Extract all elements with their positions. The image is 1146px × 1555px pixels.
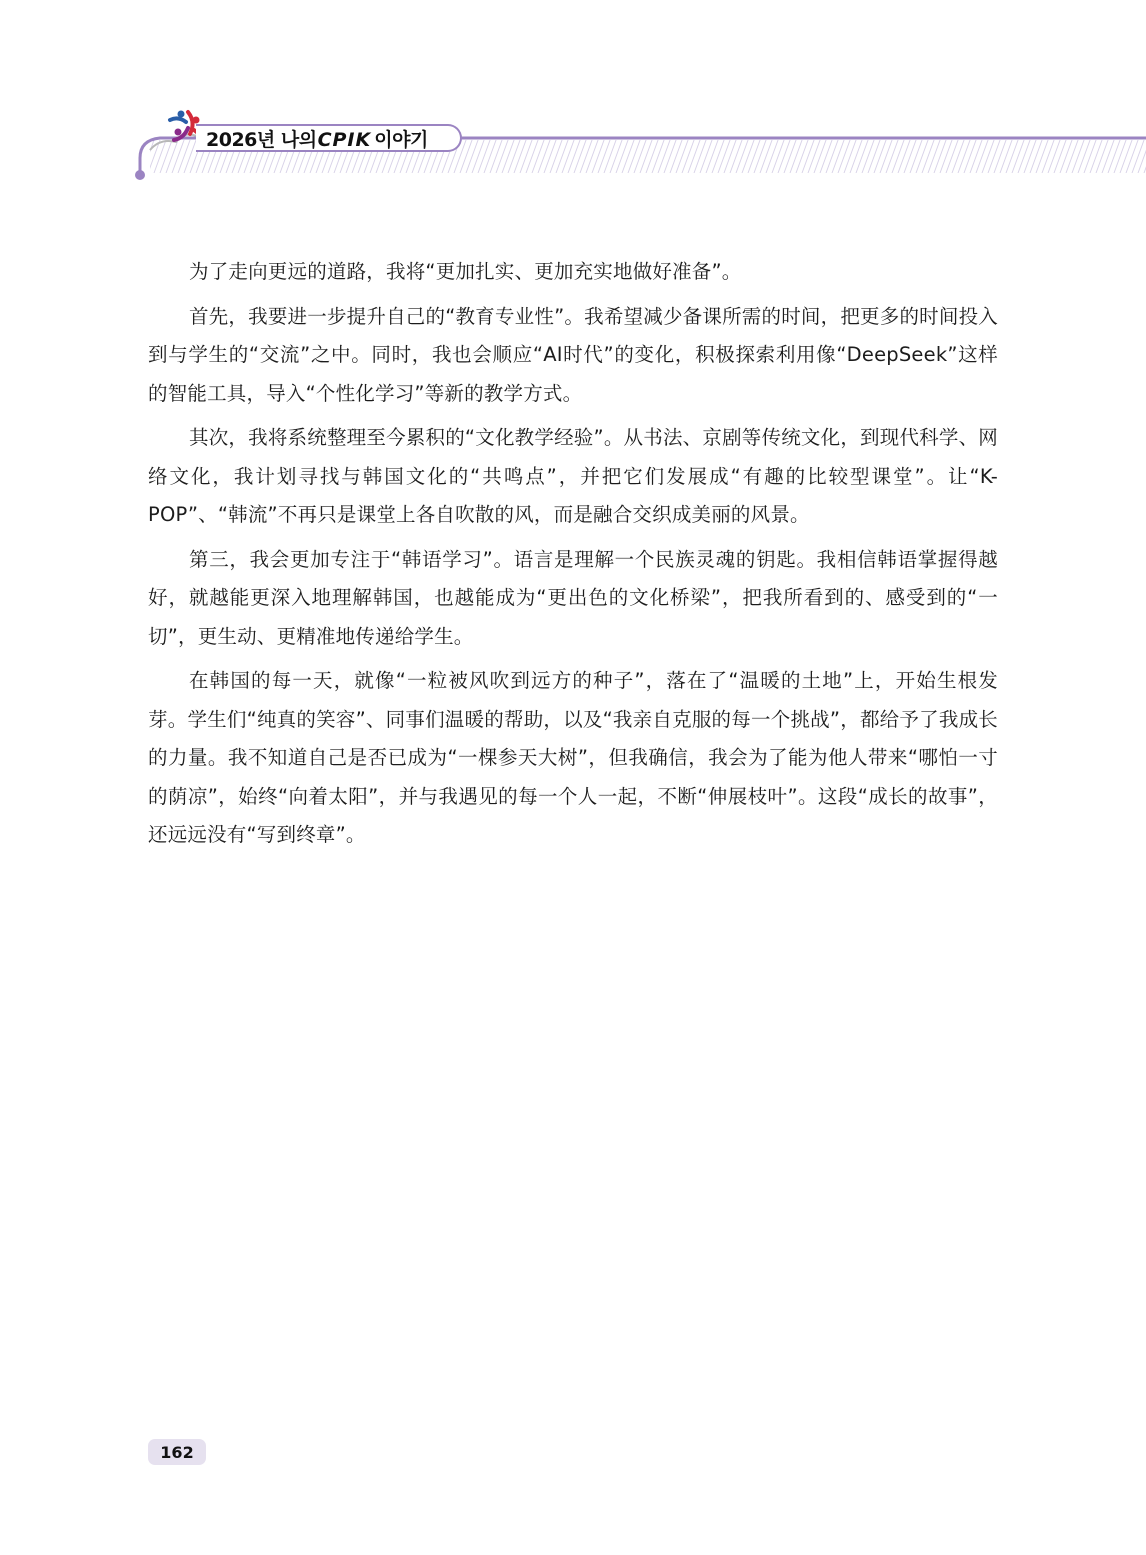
paragraph: 其次，我将系统整理至今累积的“文化教学经验”。从书法、京剧等传统文化，到现代科学… (148, 419, 998, 535)
body-text: 为了走向更远的道路，我将“更加扎实、更加充实地做好准备”。 首先，我要进一步提升… (148, 253, 998, 861)
paragraph: 首先，我要进一步提升自己的“教育专业性”。我希望减少备课所需的时间，把更多的时间… (148, 298, 998, 414)
paragraph: 为了走向更远的道路，我将“更加扎实、更加充实地做好准备”。 (148, 253, 998, 292)
page-header: 2026년 나의CPIK이야기 (0, 0, 1146, 200)
chapter-title-suffix: 이야기 (374, 129, 428, 151)
page-number-badge: 162 (148, 1439, 206, 1465)
paragraph: 第三，我会更加专注于“韩语学习”。语言是理解一个民族灵魂的钥匙。我相信韩语掌握得… (148, 541, 998, 657)
paragraph: 在韩国的每一天，就像“一粒被风吹到远方的种子”，落在了“温暖的土地”上，开始生根… (148, 662, 998, 855)
chapter-title-brand: CPIK (318, 129, 372, 151)
chapter-title-banner: 2026년 나의CPIK이야기 (196, 124, 462, 152)
chapter-title-prefix: 2026년 나의 (206, 129, 317, 151)
header-decoration (0, 0, 1146, 200)
page-number: 162 (160, 1443, 193, 1462)
chapter-title: 2026년 나의CPIK이야기 (206, 125, 428, 152)
